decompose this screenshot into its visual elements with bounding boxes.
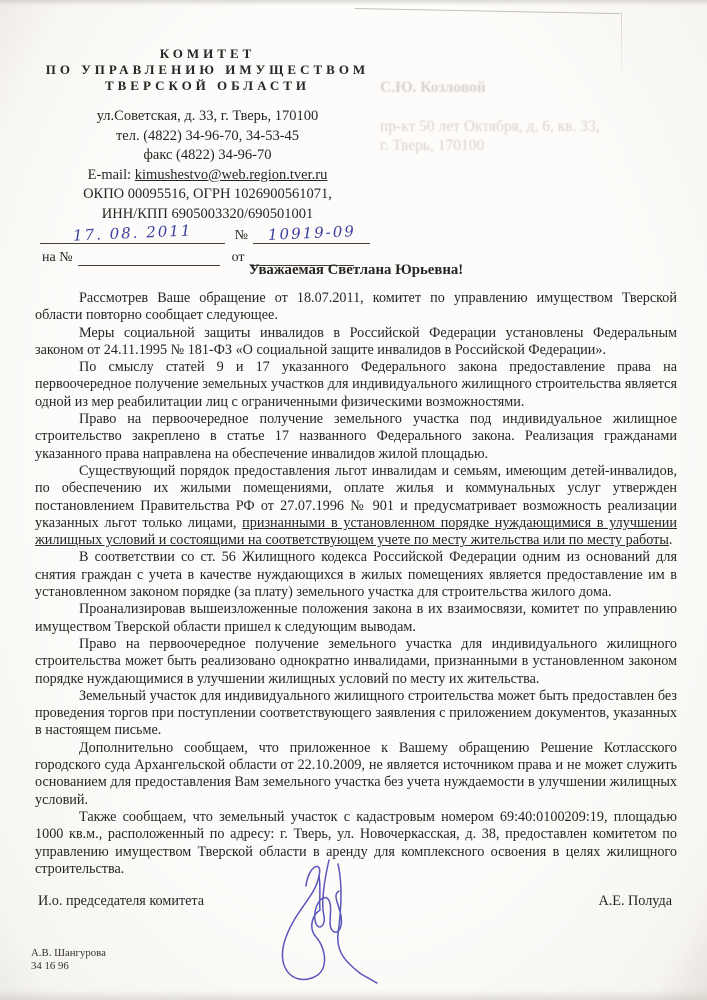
paragraph: Рассмотрев Ваше обращение от 18.07.2011,… [35,290,677,325]
paragraph-text: Меры социальной защиты инвалидов в Росси… [35,325,677,358]
paragraph-text: Проанализировав вышеизложенные положения… [35,601,677,634]
org-phone: тел. (4822) 34-96-70, 34-53-45 [40,127,375,147]
org-fax: факс (4822) 34-96-70 [40,146,375,166]
paragraph-text: Земельный участок для индивидуального жи… [35,688,677,739]
paragraph-text: . [669,532,673,548]
pen-signature-icon [272,852,398,984]
letterhead: КОМИТЕТ ПО УПРАВЛЕНИЮ ИМУЩЕСТВОМ ТВЕРСКО… [40,46,375,224]
reference-lines: 17. 08. 2011 № 10919-09 на № от [40,224,370,266]
recipient-name: С.Ю. Козловой [380,78,680,97]
paragraph-text: Право на первоочередное получение земель… [35,636,677,687]
number-sign: № [225,228,253,244]
scanned-letter-page: КОМИТЕТ ПО УПРАВЛЕНИЮ ИМУЩЕСТВОМ ТВЕРСКО… [0,0,707,1000]
paragraph-text: Право на первоочередное получение земель… [35,411,677,462]
recipient-block: С.Ю. Козловой пр-кт 50 лет Октября, д. 6… [380,78,680,155]
outgoing-date-field: 17. 08. 2011 [40,224,225,244]
email-label: E-mail: [88,167,132,183]
recipient-address-line-2: г. Тверь, 170100 [380,136,680,155]
paragraph-text: В соответствии со ст. 56 Жилищного кодек… [35,549,677,600]
paragraph: В соответствии со ст. 56 Жилищного кодек… [35,549,677,601]
outgoing-number-field: 10919-09 [253,224,370,244]
handwritten-date: 17. 08. 2011 [72,221,192,244]
paragraph-text: По смыслу статей 9 и 17 указанного Федер… [35,359,677,410]
paragraph-text: Рассмотрев Ваше обращение от 18.07.2011,… [35,290,677,323]
paragraph: Существующий порядок предоставления льго… [35,463,677,549]
contact-block: ул.Советская, д. 33, г. Тверь, 170100 те… [40,107,375,224]
signer-position: И.о. председателя комитета [38,893,204,910]
handwritten-number: 10919-09 [267,222,356,244]
paragraph: Право на первоочередное получение земель… [35,411,677,463]
org-okpo-ogrn: ОКПО 00095516, ОГРН 1026900561071, [40,185,375,205]
org-name-line-3: ТВЕРСКОЙ ОБЛАСТИ [40,78,375,94]
body-paragraphs: Рассмотрев Ваше обращение от 18.07.2011,… [35,290,677,878]
paragraph: Дополнительно сообщаем, что приложенное … [35,740,677,809]
paragraph: Меры социальной защиты инвалидов в Росси… [35,325,677,360]
scan-edge-bottom [0,990,707,1000]
paper-crease-vertical [621,12,622,86]
org-name-line-2: ПО УПРАВЛЕНИЮ ИМУЩЕСТВОМ [40,62,375,78]
paragraph: Право на первоочередное получение земель… [35,636,677,688]
executor-name: А.В. Шангурова [31,947,106,960]
paragraph: По смыслу статей 9 и 17 указанного Федер… [35,359,677,411]
org-name-line-1: КОМИТЕТ [40,46,375,62]
greeting: Уважаемая Светлана Юрьевна! [35,262,677,279]
email-address: kimushestvo@web.region.tver.ru [135,167,328,183]
signer-name: А.Е. Полуда [599,893,673,910]
recipient-address-line-1: пр-кт 50 лет Октября, д. 6, кв. 33, [380,117,680,136]
paragraph-text: Дополнительно сообщаем, что приложенное … [35,740,677,808]
executor-block: А.В. Шангурова 34 16 96 [31,947,106,973]
paragraph: Земельный участок для индивидуального жи… [35,688,677,740]
scan-edge-top [0,0,707,6]
executor-phone: 34 16 96 [31,960,106,973]
org-inn-kpp: ИНН/КПП 6905003320/690501001 [40,205,375,225]
org-address: ул.Советская, д. 33, г. Тверь, 170100 [40,107,375,127]
outgoing-ref-row: 17. 08. 2011 № 10919-09 [40,224,370,244]
org-email-line: E-mail: kimushestvo@web.region.tver.ru [40,166,375,186]
paper-crease-horizontal [355,8,620,14]
paragraph: Проанализировав вышеизложенные положения… [35,601,677,636]
